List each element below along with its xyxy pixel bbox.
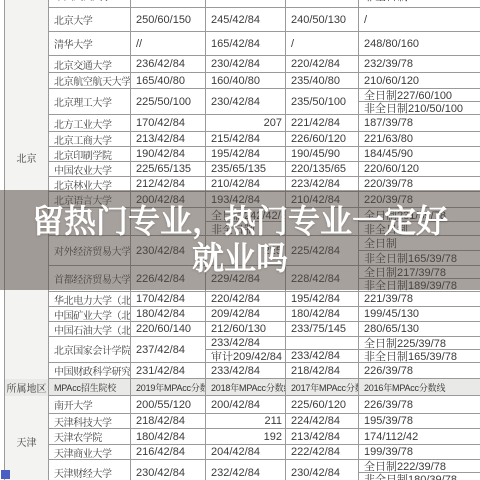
table-row: MPAcc招生院校2019年MPAcc分数线2018年MPAcc分数线2017年… [49, 379, 480, 396]
subcell: 全日制227/60/100 [359, 89, 480, 101]
table-row: 中国矿业大学（北京）180/42/84209/42/84180/42/84199… [49, 307, 480, 322]
blue-marker [1, 470, 10, 479]
cell-name: 天津商业大学 [49, 445, 131, 459]
cell-c2: 2018年MPAcc分数线 [206, 379, 286, 395]
subcell: 审计209/42/84 [206, 349, 285, 362]
cell-c3: / [286, 32, 359, 55]
cell-c2: 209/42/84 [206, 307, 286, 321]
cell-c1: 180/42/84 [131, 307, 206, 321]
cell-c1: 230/42/84 [131, 460, 206, 480]
subcell: 233/42/84 [206, 337, 285, 349]
cell-c4: 248/80/160 [359, 32, 480, 55]
table-section: 天津南开大学200/55/120200/42/84225/60/120226/3… [5, 396, 480, 480]
cell-c4: 全日制222/39/78非全日制180/39/78 [359, 460, 480, 480]
cell-c1: 216/42/84 [131, 445, 206, 459]
table-row: 华北电力大学（北京）170/42/84220/42/84195/42/84221… [49, 292, 480, 307]
cell-c2: 232/42/84 [206, 460, 286, 480]
table-row: 中国石油大学（北京）220/60/140212/60/130233/75/145… [49, 322, 480, 337]
cell-name: 北方工业大学 [49, 115, 131, 131]
subcell: 233/42/84 [286, 349, 358, 362]
cell-c2: 211 [206, 414, 286, 428]
region-label: 所属地区 [7, 380, 47, 395]
cell-c3: 230/42/84 [286, 460, 359, 480]
cell-c1: 220/60/140 [131, 322, 206, 336]
cell-name: 北京理工大学 [49, 89, 131, 114]
cell-name: 清华大学 [49, 32, 131, 55]
cell-c3: 235/50/100 [286, 89, 359, 114]
cell-c3: 224/42/84 [286, 414, 359, 428]
cell-name: 中国农业大学 [49, 162, 131, 176]
table-row: 中国农业大学225/65/135235/65/135220/135/65220/… [49, 162, 480, 177]
table-row: 北京国家会计学院237/42/84233/42/84审计209/42/84233… [49, 337, 480, 363]
cell-c1: 245/60/150 [131, 0, 206, 8]
table-row: 北京航空航天大学165/40/80160/40/80235/40/80210/6… [49, 73, 480, 89]
cell-name: 天津财经大学 [49, 460, 131, 480]
cell-c4: 220/60/120 [359, 162, 480, 176]
cell-name: 华北电力大学（北京） [49, 292, 131, 306]
cell-c3: 233/42/84 [286, 337, 359, 362]
cell-c4: 187/39/78 [359, 115, 480, 131]
cell-c3: 240/50/130 [286, 8, 359, 31]
cell-c4: 2016年MPAcc分数线 [359, 379, 480, 395]
cell-c4: 195/39/78 [359, 414, 480, 428]
cell-c3: 226/60/120 [286, 132, 359, 146]
cell-c4: 221/63/80 [359, 132, 480, 146]
table-row: 南开大学200/55/120200/42/84225/60/120226/39/… [49, 396, 480, 414]
cell-c2: 205/42/84 [206, 0, 286, 8]
cell-c1: 218/42/84 [131, 414, 206, 428]
cell-c1: 170/42/84 [131, 292, 206, 306]
cell-c3: 190/45/90 [286, 147, 359, 161]
cell-c2: 215/42/84 [206, 132, 286, 146]
region-label: 北京 [17, 150, 37, 165]
table-row: 天津科技大学218/42/84211224/42/84195/39/78 [49, 414, 480, 429]
cell-c1: 236/42/84 [131, 56, 206, 72]
cell-c2: 220/42/84 [206, 292, 286, 306]
subcell: 全日制225/39/78 [359, 337, 480, 349]
subcell: 非全日制165/39/78 [359, 349, 480, 362]
table-row: 北京大学250/60/150245/42/84240/50/130/ [49, 8, 480, 32]
cell-c4: 210/60/120 [359, 73, 480, 88]
cell-c4: 226/39/78 [359, 396, 480, 413]
cell-c3: 220/135/65 [286, 162, 359, 176]
cell-c4: 全日制227/60/100非全日制210/50/100 [359, 89, 480, 114]
cell-c2: 200/42/84 [206, 396, 286, 413]
cell-name: 中国矿业大学（北京） [49, 307, 131, 321]
cell-c3: 218/42/84 [286, 363, 359, 378]
cell-name: MPAcc招生院校 [49, 379, 131, 395]
cell-c3: 225/60/120 [286, 396, 359, 413]
cell-c4: 280/65/130 [359, 322, 480, 336]
subcell: 非全日制210/50/100 [359, 101, 480, 114]
cell-name: 北京林业大学 [49, 177, 131, 191]
cell-c1: 200/55/120 [131, 396, 206, 413]
cell-c1: 180/42/84 [131, 429, 206, 444]
table-section: 所属地区MPAcc招生院校2019年MPAcc分数线2018年MPAcc分数线2… [5, 379, 480, 396]
cell-c2: 230/42/84 [206, 56, 286, 72]
cell-c2: 233/42/84审计209/42/84 [206, 337, 286, 362]
mpacc-score-table-page: 北京中国人民大学245/60/150205/42/84205/50/100非全日… [0, 0, 480, 480]
cell-c2: 204/42/84 [206, 445, 286, 459]
cell-c1: 250/60/150 [131, 8, 206, 31]
headline-line2: 就业吗 [192, 240, 288, 277]
table-row: 北方工业大学170/42/84207221/42/84187/39/78 [49, 115, 480, 132]
cell-c1: 190/42/84 [131, 147, 206, 161]
headline-overlay: 留热门专业，热门专业一定好 就业吗 [0, 190, 480, 290]
cell-c2: 230/42/84 [206, 89, 286, 114]
cell-c3: 2017年MPAcc分数线 [286, 379, 359, 395]
cell-c2: 245/42/84 [206, 8, 286, 31]
cell-c3: 205/50/100 [286, 0, 359, 8]
table-row: 北京印刷学院190/42/84195/42/84190/45/90184/45/… [49, 147, 480, 162]
cell-c3: 213/42/84 [286, 429, 359, 444]
cell-c1: 225/65/135 [131, 162, 206, 176]
cell-name: 北京印刷学院 [49, 147, 131, 161]
table-row: 天津农学院180/42/84192213/42/84174/112/42 [49, 429, 480, 445]
cell-name: 中国人民大学 [49, 0, 131, 8]
cell-name: 中国财政科学研究院 [49, 363, 131, 378]
cell-c1: 212/42/84 [131, 177, 206, 191]
cell-c4: 184/45/90 [359, 147, 480, 161]
cell-name: 天津科技大学 [49, 414, 131, 428]
cell-c4: / [359, 8, 480, 31]
cell-c3: 222/42/84 [286, 445, 359, 459]
cell-c3: 220/42/84 [286, 56, 359, 72]
cell-name: 北京交通大学 [49, 56, 131, 72]
cell-c1: 225/50/100 [131, 89, 206, 114]
cell-c3: 223/42/84 [286, 177, 359, 191]
headline-line1: 留热门专业，热门专业一定好 [32, 203, 448, 240]
cell-c4: 174/112/42 [359, 429, 480, 444]
table-row: 北京工商大学213/42/84215/42/84226/60/120221/63… [49, 132, 480, 147]
cell-c3: 180/42/84 [286, 307, 359, 321]
region-cell: 天津 [5, 396, 49, 480]
subcell [286, 337, 358, 349]
cell-c2: 235/65/135 [206, 162, 286, 176]
table-row: 天津财经大学230/42/84232/42/84230/42/84全日制222/… [49, 460, 480, 480]
table-row: 北京交通大学236/42/84230/42/84220/42/84232/39/… [49, 56, 480, 73]
cell-c3: 221/42/84 [286, 115, 359, 131]
cell-c1: 165/40/80 [131, 73, 206, 88]
cell-c2: 160/40/80 [206, 73, 286, 88]
cell-c2: 195/42/84 [206, 147, 286, 161]
region-cell: 所属地区 [5, 379, 49, 396]
cell-c2: 165/42/84 [206, 32, 286, 55]
cell-c2: 207 [206, 115, 286, 131]
cell-c3: 233/75/145 [286, 322, 359, 336]
subcell: 非全日制180/39/78 [359, 472, 480, 480]
cell-c1: // [131, 32, 206, 55]
table-row: 清华大学//165/42/84/248/80/160 [49, 32, 480, 56]
cell-c4: 220/39/78 [359, 177, 480, 191]
table-row: 北京理工大学225/50/100230/42/84235/50/100全日制22… [49, 89, 480, 115]
cell-c4: 全日制225/39/78非全日制165/39/78 [359, 337, 480, 362]
table-row: 中国财政科学研究院231/42/84233/42/84218/42/84226/… [49, 363, 480, 379]
cell-c4: 199/45/130 [359, 307, 480, 321]
cell-c1: 213/42/84 [131, 132, 206, 146]
cell-name: 北京国家会计学院 [49, 337, 131, 362]
table-row: 中国人民大学245/60/150205/42/84205/50/100非全日制2… [49, 0, 480, 8]
cell-name: 北京航空航天大学 [49, 73, 131, 88]
cell-name: 北京工商大学 [49, 132, 131, 146]
cell-c3: 235/40/80 [286, 73, 359, 88]
cell-name: 北京大学 [49, 8, 131, 31]
region-label: 天津 [17, 434, 37, 449]
rows: 南开大学200/55/120200/42/84225/60/120226/39/… [49, 396, 480, 480]
cell-c4: 非全日制205/50/100 [359, 0, 480, 8]
cell-c2: 192 [206, 429, 286, 444]
cell-c3: 195/42/84 [286, 292, 359, 306]
cell-c1: 237/42/84 [131, 337, 206, 362]
cell-c4: 221/39/78 [359, 292, 480, 306]
cell-c2: 210/42/84 [206, 177, 286, 191]
cell-c4: 199/39/78 [359, 445, 480, 459]
cell-name: 南开大学 [49, 396, 131, 413]
cell-c2: 233/42/84 [206, 363, 286, 378]
cell-c4: 232/39/78 [359, 56, 480, 72]
subcell: 全日制222/39/78 [359, 460, 480, 472]
cell-c4: 226/39/78 [359, 363, 480, 378]
cell-c1: 231/42/84 [131, 363, 206, 378]
table-row: 天津商业大学216/42/84204/42/84222/42/84199/39/… [49, 445, 480, 460]
cell-c1: 170/42/84 [131, 115, 206, 131]
rows: MPAcc招生院校2019年MPAcc分数线2018年MPAcc分数线2017年… [49, 379, 480, 396]
cell-c1: 2019年MPAcc分数线 [131, 379, 206, 395]
cell-c2: 212/60/130 [206, 322, 286, 336]
cell-name: 天津农学院 [49, 429, 131, 444]
cell-name: 中国石油大学（北京） [49, 322, 131, 336]
